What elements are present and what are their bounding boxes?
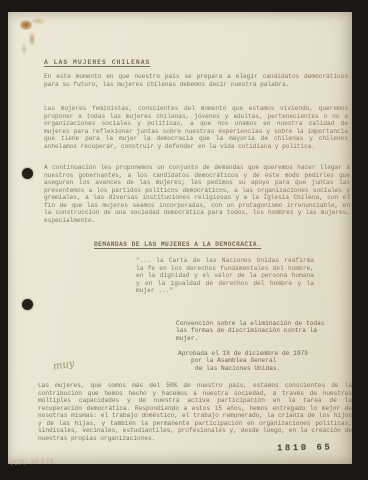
quote-source: Convención sobre la eliminación de todas… bbox=[176, 320, 336, 342]
section-heading: DEMANDAS DE LAS MUJERES A LA DEMOCRACIA. bbox=[94, 241, 261, 248]
approval-note: Aprobada el 18 de diciembre de 1979 por … bbox=[178, 350, 308, 372]
approval-line-assembly: por la Asamblea General bbox=[191, 357, 308, 364]
approval-line-date: Aprobada el 18 de diciembre de 1979 bbox=[178, 350, 308, 357]
document-title: A LAS MUJERES CHILENAS bbox=[44, 59, 150, 66]
hole-punch-top bbox=[22, 168, 33, 179]
rust-stain bbox=[14, 13, 50, 57]
paragraph-closing: Las mujeres, que somos más del 50% de nu… bbox=[38, 382, 352, 442]
convention-quote: "... la Carta de las Naciones Unidas rea… bbox=[136, 257, 314, 295]
archive-code: (CN) 30-178 bbox=[11, 458, 54, 466]
paragraph-feministas: Las mujeres feministas, conscientes del … bbox=[44, 105, 348, 150]
paragraph-propuestas: A continuación les proponemos un conjunt… bbox=[44, 164, 350, 224]
page-stamp: 1810 65 bbox=[277, 443, 332, 454]
scan-background: A LAS MUJERES CHILENAS En este momento e… bbox=[0, 0, 368, 480]
hole-punch-bottom bbox=[22, 299, 33, 310]
approval-line-un: de las Naciones Unidas. bbox=[195, 365, 308, 372]
paragraph-intro: En este momento en que nuestro país se p… bbox=[44, 73, 348, 88]
handwritten-note: muy bbox=[52, 358, 75, 372]
document-page: A LAS MUJERES CHILENAS En este momento e… bbox=[8, 12, 352, 464]
